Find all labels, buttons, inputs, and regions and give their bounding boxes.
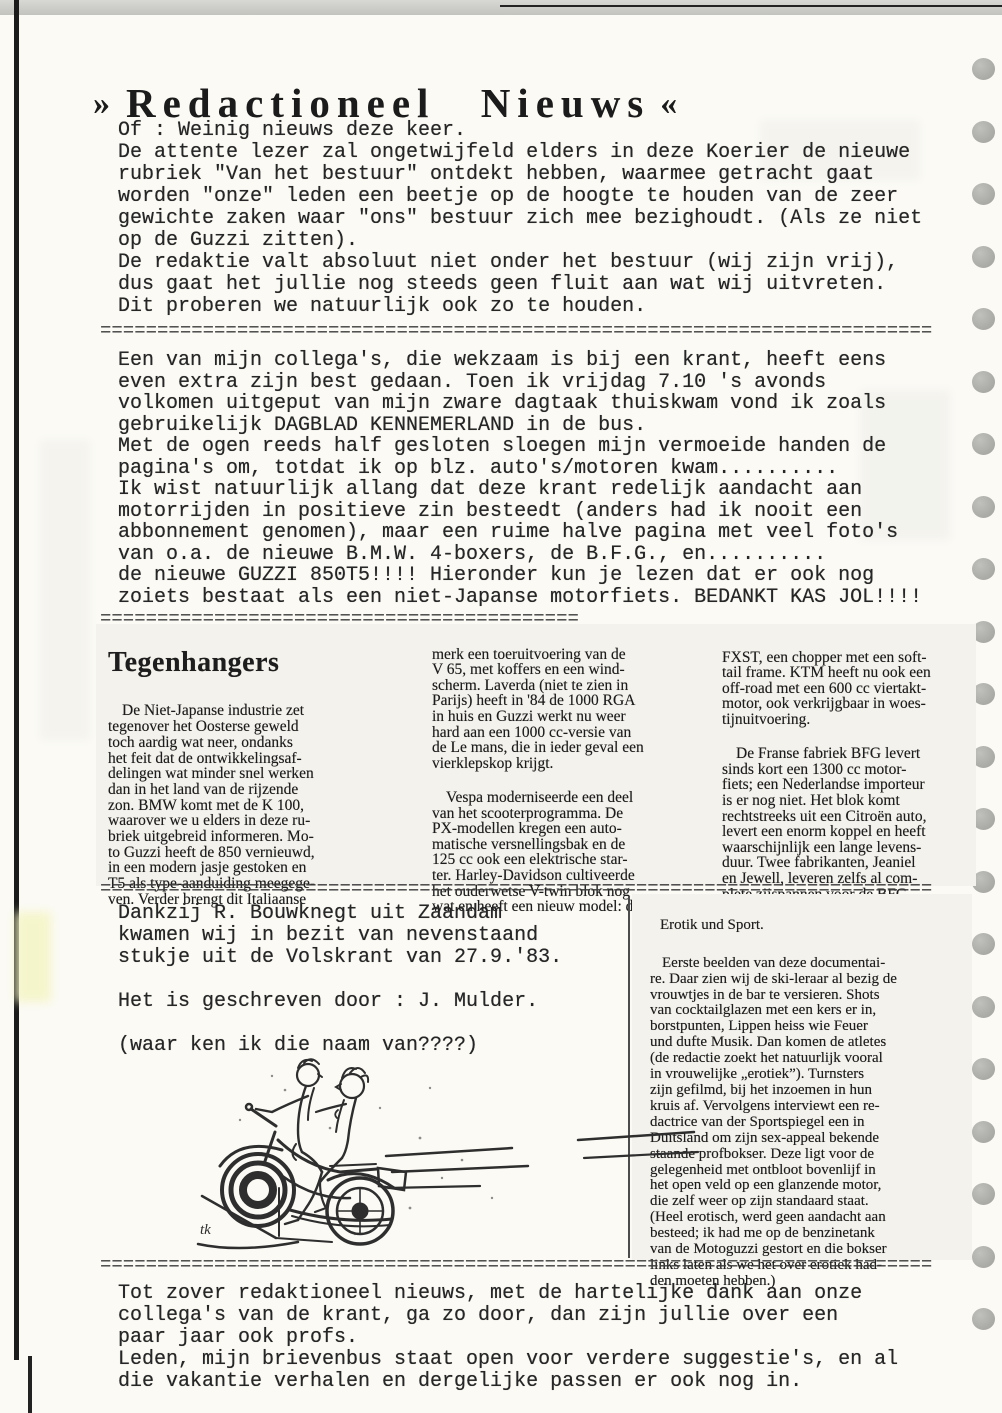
scanned-newsletter-page: { "colors": { "paper": "#fbfaf5", "ink_t…: [0, 0, 1002, 1413]
punch-hole: [972, 121, 995, 143]
punch-hole: [972, 558, 995, 580]
punch-hole: [972, 1183, 995, 1205]
punch-hole: [972, 58, 995, 80]
guillemet-left: »: [93, 85, 110, 122]
scan-top-band: [0, 0, 1002, 15]
punch-hole: [972, 433, 995, 455]
punch-hole: [972, 1058, 995, 1080]
equals-divider: ========================================…: [100, 1256, 948, 1275]
note-paragraph: Dankzij R. Bouwknegt uit Zaandam kwamen …: [118, 903, 623, 1057]
outro-paragraph: Tot zover redaktioneel nieuws, met de ha…: [118, 1283, 986, 1393]
punch-hole: [972, 496, 995, 518]
punch-hole: [972, 996, 995, 1018]
scan-top-edge-line: [500, 5, 1002, 7]
yellow-smudge: [15, 912, 51, 1002]
clipping-heading: Tegenhangers: [108, 648, 430, 678]
guillemet-right: «: [660, 85, 677, 122]
punch-hole: [972, 1246, 995, 1268]
clipping-col3-paragraph-2: De Franse fabriek BFG levert sinds kort …: [722, 746, 984, 902]
intro-paragraph: Of : Weinig nieuws deze keer. De attente…: [118, 120, 968, 318]
cartoon-illustration-container: tk: [180, 1048, 700, 1260]
punch-hole: [972, 308, 995, 330]
punch-hole: [972, 933, 995, 955]
story-paragraph: Een van mijn collega's, die wekzaam is b…: [118, 350, 968, 608]
equals-divider: ========================================…: [100, 322, 948, 341]
clipping-col3-paragraph-1: FXST, een chopper met een soft- tail fra…: [722, 650, 984, 728]
punch-hole: [972, 1121, 995, 1143]
clipping-col1-text: De Niet-Japanse industrie zet tegenover …: [108, 703, 430, 907]
motorcycle-cartoon-svg: tk: [180, 1048, 700, 1260]
bleedthrough-smudge: [40, 440, 90, 740]
cartoon-signature: tk: [200, 1222, 211, 1238]
punch-hole: [972, 183, 995, 205]
scan-left-edge-line: [14, 0, 19, 1360]
clipping-column-3: FXST, een chopper met een soft- tail fra…: [722, 634, 984, 918]
scan-left-bottom-mark: [28, 1356, 32, 1413]
punch-hole: [972, 246, 995, 268]
clipping-col2-paragraph-1: merk een toeruitvoering van de V 65, met…: [432, 647, 727, 772]
erotik-heading: Erotik und Sport.: [650, 918, 966, 934]
punch-hole: [972, 371, 995, 393]
